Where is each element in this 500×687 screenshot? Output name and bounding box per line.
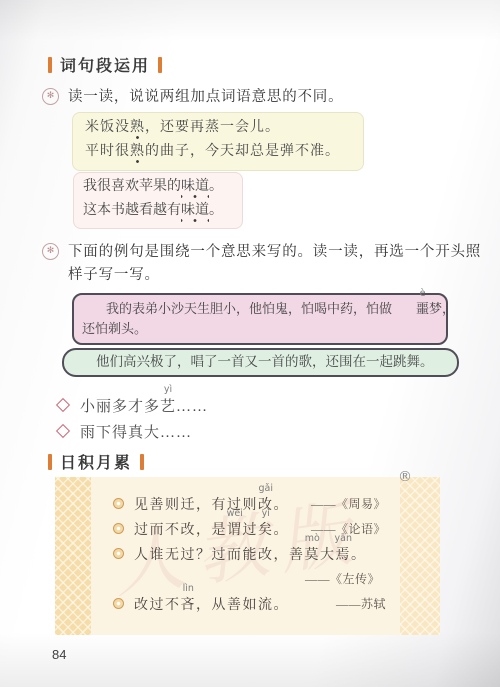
example-sentence: 这本书越看越有味道。	[74, 199, 242, 223]
quote-row: 人谁无过？过而能改，善莫mò大焉yān。	[91, 541, 400, 566]
text-run: 的曲子，今天却总是弹不准。	[145, 144, 340, 159]
emphasized-word: 味道	[181, 179, 209, 198]
text-run: ，从善如流。	[196, 598, 289, 613]
quote-row: 过而不改，是谓wèi过矣yǐ。——《论语》	[91, 516, 400, 541]
pink-example-line: 我的表弟小沙天生胆小，他怕鬼，怕喝中药，怕做噩è梦，	[74, 299, 446, 319]
text-run: 人谁无过？过而能改，善	[134, 548, 305, 563]
header-bar-left	[48, 454, 52, 470]
example-sentence: 平时很熟的曲子，今天却总是弹不准。	[73, 140, 363, 164]
task1-instruction: 读一读，说说两组加点词语意思的不同。	[68, 86, 343, 109]
page-number: 84	[52, 647, 66, 662]
diamond-bullet-icon	[56, 424, 70, 438]
text-run: ，还要再蒸一会儿。	[145, 120, 280, 135]
quote-source: ——《周易》	[311, 495, 386, 512]
text-run: 我的表弟小沙天生胆小，他怕鬼，怕喝中药，怕做	[106, 301, 392, 316]
pinyin-annotation: yǐ	[262, 509, 270, 519]
text-run: 米饭没	[85, 120, 130, 135]
emphasized-word: 味道	[181, 203, 209, 222]
text-run: 。	[209, 179, 223, 194]
quote-bullet-icon	[113, 598, 124, 609]
char-with-pinyin: 谓wèi	[227, 519, 243, 539]
char-with-pinyin: 焉yān	[336, 544, 352, 564]
pinyin-annotation: yì	[164, 385, 172, 395]
quote-text: 改过不吝lìn，从善如流。	[134, 594, 289, 614]
text-run: ……	[176, 399, 208, 415]
prompt-item: 雨下得真大……	[58, 420, 192, 442]
text-run: 他们高兴极了，唱了一首又一首的歌，还围在一起跳舞。	[96, 354, 434, 369]
quote-row: 改过不吝lìn，从善如流。——苏轼	[91, 591, 400, 616]
text-run: 。	[351, 548, 367, 563]
text-run: 还怕剃头。	[82, 321, 147, 336]
text-run: 。	[209, 203, 223, 218]
section-title: 词句段运用	[60, 53, 150, 76]
diamond-bullet-icon	[56, 398, 70, 412]
prompt-text: 雨下得真大……	[80, 421, 192, 442]
text-run: 小丽多才多	[80, 399, 160, 415]
text-run: 改过不	[134, 598, 181, 613]
char-with-pinyin: 莫mò	[305, 544, 321, 564]
pinyin-annotation: gǎi	[259, 484, 274, 494]
task-bullet-icon: ✻	[42, 243, 59, 260]
section-header-daily: 日积月累	[48, 450, 144, 473]
ornament-band-right	[400, 477, 440, 635]
text-run: 梦，	[429, 301, 455, 316]
text-run: 过而不改，是	[134, 523, 227, 538]
quote-text: 人谁无过？过而能改，善莫mò大焉yān。	[134, 544, 367, 564]
quote-text: 过而不改，是谓wèi过矣yǐ。	[134, 519, 289, 539]
quote-source: ——《左传》	[305, 570, 380, 587]
example-box-shu: 米饭没熟，还要再蒸一会儿。 平时很熟的曲子，今天却总是弹不准。	[72, 112, 364, 171]
quote-source: ——苏轼	[336, 595, 386, 612]
char-with-pinyin: 艺yì	[160, 395, 176, 416]
task-bullet-icon: ✻	[42, 88, 59, 105]
text-run: 这本书越看越有	[83, 203, 181, 218]
green-example-box: 他们高兴极了，唱了一首又一首的歌，还围在一起跳舞。	[62, 348, 459, 377]
registered-trademark-icon: ®	[398, 469, 412, 485]
prompt-text: 小丽多才多艺yì……	[80, 395, 208, 416]
header-bar-right	[158, 57, 162, 73]
example-box-weidao: 我很喜欢苹果的味道。 这本书越看越有味道。	[73, 172, 243, 229]
emphasized-word: 熟	[130, 144, 145, 163]
quote-bullet-icon	[113, 498, 124, 509]
quote-row: ——《左传》	[91, 566, 400, 591]
example-sentence: 米饭没熟，还要再蒸一会儿。	[73, 116, 363, 140]
quote-row: 见善则迁，有过则改gǎi。——《周易》	[91, 491, 400, 516]
text-run: 我很喜欢苹果的	[83, 179, 181, 194]
pinyin-annotation: yān	[335, 534, 352, 544]
char-with-pinyin: 矣yǐ	[258, 519, 274, 539]
quote-list: 人教版 见善则迁，有过则改gǎi。——《周易》过而不改，是谓wèi过矣yǐ。——…	[91, 477, 400, 635]
pinyin-annotation: mò	[305, 534, 320, 544]
ornament-band-left	[55, 477, 91, 635]
example-sentence: 我很喜欢苹果的味道。	[74, 175, 242, 199]
section-header-words: 词句段运用	[48, 53, 162, 76]
daily-accumulation-box: 人教版 见善则迁，有过则改gǎi。——《周易》过而不改，是谓wèi过矣yǐ。——…	[55, 477, 440, 635]
green-example-line: 他们高兴极了，唱了一首又一首的歌，还围在一起跳舞。	[64, 350, 457, 373]
header-bar-left	[48, 57, 52, 73]
text-run: 雨下得真大……	[80, 425, 192, 441]
pinyin-annotation: wèi	[227, 509, 243, 519]
task2-line1: 下面的例句是围绕一个意思来写的。读一读，再选一个开头照	[68, 241, 481, 264]
text-run: 。	[274, 523, 290, 538]
prompt-item: 小丽多才多艺yì……	[58, 394, 208, 416]
quote-bullet-icon	[113, 523, 124, 534]
emphasized-word: 熟	[130, 120, 145, 139]
char-with-pinyin: 噩è	[392, 299, 429, 319]
pink-example-box: 我的表弟小沙天生胆小，他怕鬼，怕喝中药，怕做噩è梦， 还怕剃头。	[72, 293, 448, 345]
text-run: 平时很	[85, 144, 130, 159]
text-run: 。	[274, 498, 290, 513]
text-run: 大	[320, 548, 336, 563]
header-bar-right	[140, 454, 144, 470]
pinyin-annotation: è	[396, 289, 426, 299]
task2-instruction: 下面的例句是围绕一个意思来写的。读一读，再选一个开头照 样子写一写。	[68, 241, 481, 287]
pink-example-line: 还怕剃头。	[74, 319, 446, 339]
textbook-page: 词句段运用 ✻ 读一读，说说两组加点词语意思的不同。 米饭没熟，还要再蒸一会儿。…	[0, 0, 500, 687]
task2-line2: 样子写一写。	[68, 264, 481, 287]
pinyin-annotation: lìn	[183, 584, 194, 594]
text-run: 过	[243, 523, 259, 538]
section-title: 日积月累	[60, 450, 132, 473]
quote-bullet-icon	[113, 548, 124, 559]
char-with-pinyin: 吝lìn	[181, 594, 197, 614]
